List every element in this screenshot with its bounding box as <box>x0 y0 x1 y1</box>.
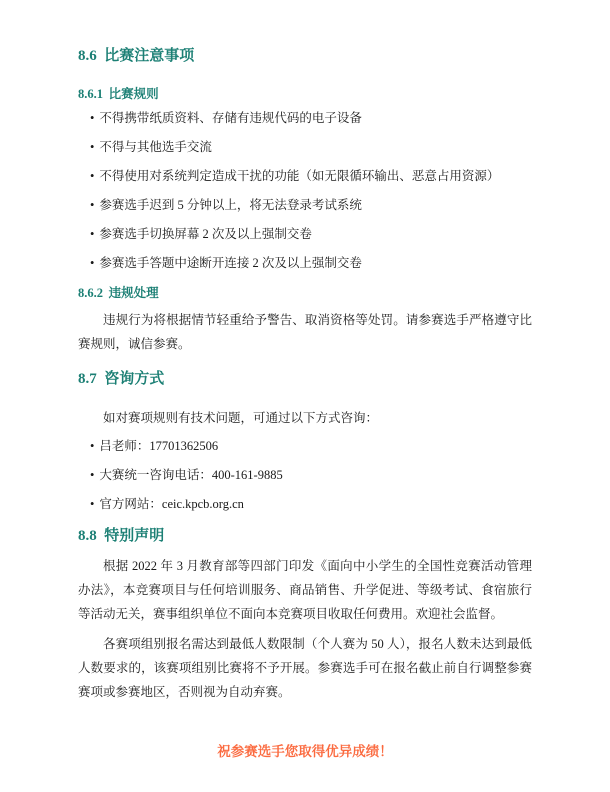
contact-item-hotline: •大赛统一咨询电话：400-161-9885 <box>78 466 532 485</box>
bullet-marker: • <box>90 439 94 453</box>
rule-text: 参赛选手切换屏幕 2 次及以上强制交卷 <box>99 227 312 241</box>
bullet-marker: • <box>90 468 94 482</box>
closing-wish: 祝参赛选手您取得优异成绩！ <box>78 740 532 760</box>
contact-item-teacher: •吕老师：17701362506 <box>78 437 532 456</box>
section-title: 咨询方式 <box>104 370 164 387</box>
section-number: 8.8 <box>78 528 97 544</box>
rule-item: •参赛选手迟到 5 分钟以上，将无法登录考试系统 <box>78 196 532 215</box>
section-number: 8.6 <box>78 48 97 64</box>
contact-text: 官方网站：ceic.kpcb.org.cn <box>99 497 244 511</box>
statement-paragraph-1: 根据 2022 年 3 月教育部等四部门印发《面向中小学生的全国性竞赛活动管理办… <box>78 554 532 626</box>
rule-text: 不得与其他选手交流 <box>99 140 212 154</box>
rule-text: 不得使用对系统判定造成干扰的功能（如无限循环输出、恶意占用资源） <box>99 169 499 183</box>
section-heading-8-7: 8.7咨询方式 <box>78 369 532 389</box>
bullet-marker: • <box>90 497 94 511</box>
bullet-marker: • <box>90 111 94 125</box>
rule-item: •参赛选手答题中途断开连接 2 次及以上强制交卷 <box>78 254 532 273</box>
statement-paragraph-2: 各赛项组别报名需达到最低人数限制（个人赛为 50 人），报名人数未达到最低人数要… <box>78 632 532 704</box>
contact-intro: 如对赛项规则有技术问题，可通过以下方式咨询： <box>78 409 532 428</box>
subsection-title: 违规处理 <box>109 286 159 300</box>
rule-text: 不得携带纸质资料、存储有违规代码的电子设备 <box>99 111 362 125</box>
contact-item-website: •官方网站：ceic.kpcb.org.cn <box>78 495 532 514</box>
section-heading-8-8: 8.8特别声明 <box>78 526 532 546</box>
section-title: 特别声明 <box>104 527 164 544</box>
violation-paragraph: 违规行为将根据情节轻重给予警告、取消资格等处罚。请参赛选手严格遵守比赛规则，诚信… <box>78 308 532 356</box>
subsection-title: 比赛规则 <box>109 87 159 101</box>
bullet-marker: • <box>90 169 94 183</box>
rule-item: •不得与其他选手交流 <box>78 138 532 157</box>
bullet-marker: • <box>90 198 94 212</box>
contact-text: 吕老师：17701362506 <box>99 439 218 453</box>
bullet-marker: • <box>90 227 94 241</box>
subsection-heading-8-6-2: 8.6.2违规处理 <box>78 285 532 302</box>
section-heading-8-6: 8.6比赛注意事项 <box>78 46 532 66</box>
rule-item: •不得使用对系统判定造成干扰的功能（如无限循环输出、恶意占用资源） <box>78 167 532 186</box>
rule-item: •不得携带纸质资料、存储有违规代码的电子设备 <box>78 109 532 128</box>
subsection-number: 8.6.1 <box>78 87 103 101</box>
subsection-number: 8.6.2 <box>78 286 103 300</box>
rule-text: 参赛选手答题中途断开连接 2 次及以上强制交卷 <box>99 256 362 270</box>
rule-text: 参赛选手迟到 5 分钟以上，将无法登录考试系统 <box>99 198 362 212</box>
bullet-marker: • <box>90 256 94 270</box>
subsection-heading-8-6-1: 8.6.1比赛规则 <box>78 86 532 103</box>
document-page: 8.6比赛注意事项 8.6.1比赛规则 •不得携带纸质资料、存储有违规代码的电子… <box>0 0 610 792</box>
section-number: 8.7 <box>78 371 97 387</box>
contact-text: 大赛统一咨询电话：400-161-9885 <box>99 468 282 482</box>
rule-item: •参赛选手切换屏幕 2 次及以上强制交卷 <box>78 225 532 244</box>
bullet-marker: • <box>90 140 94 154</box>
section-title: 比赛注意事项 <box>104 47 194 64</box>
